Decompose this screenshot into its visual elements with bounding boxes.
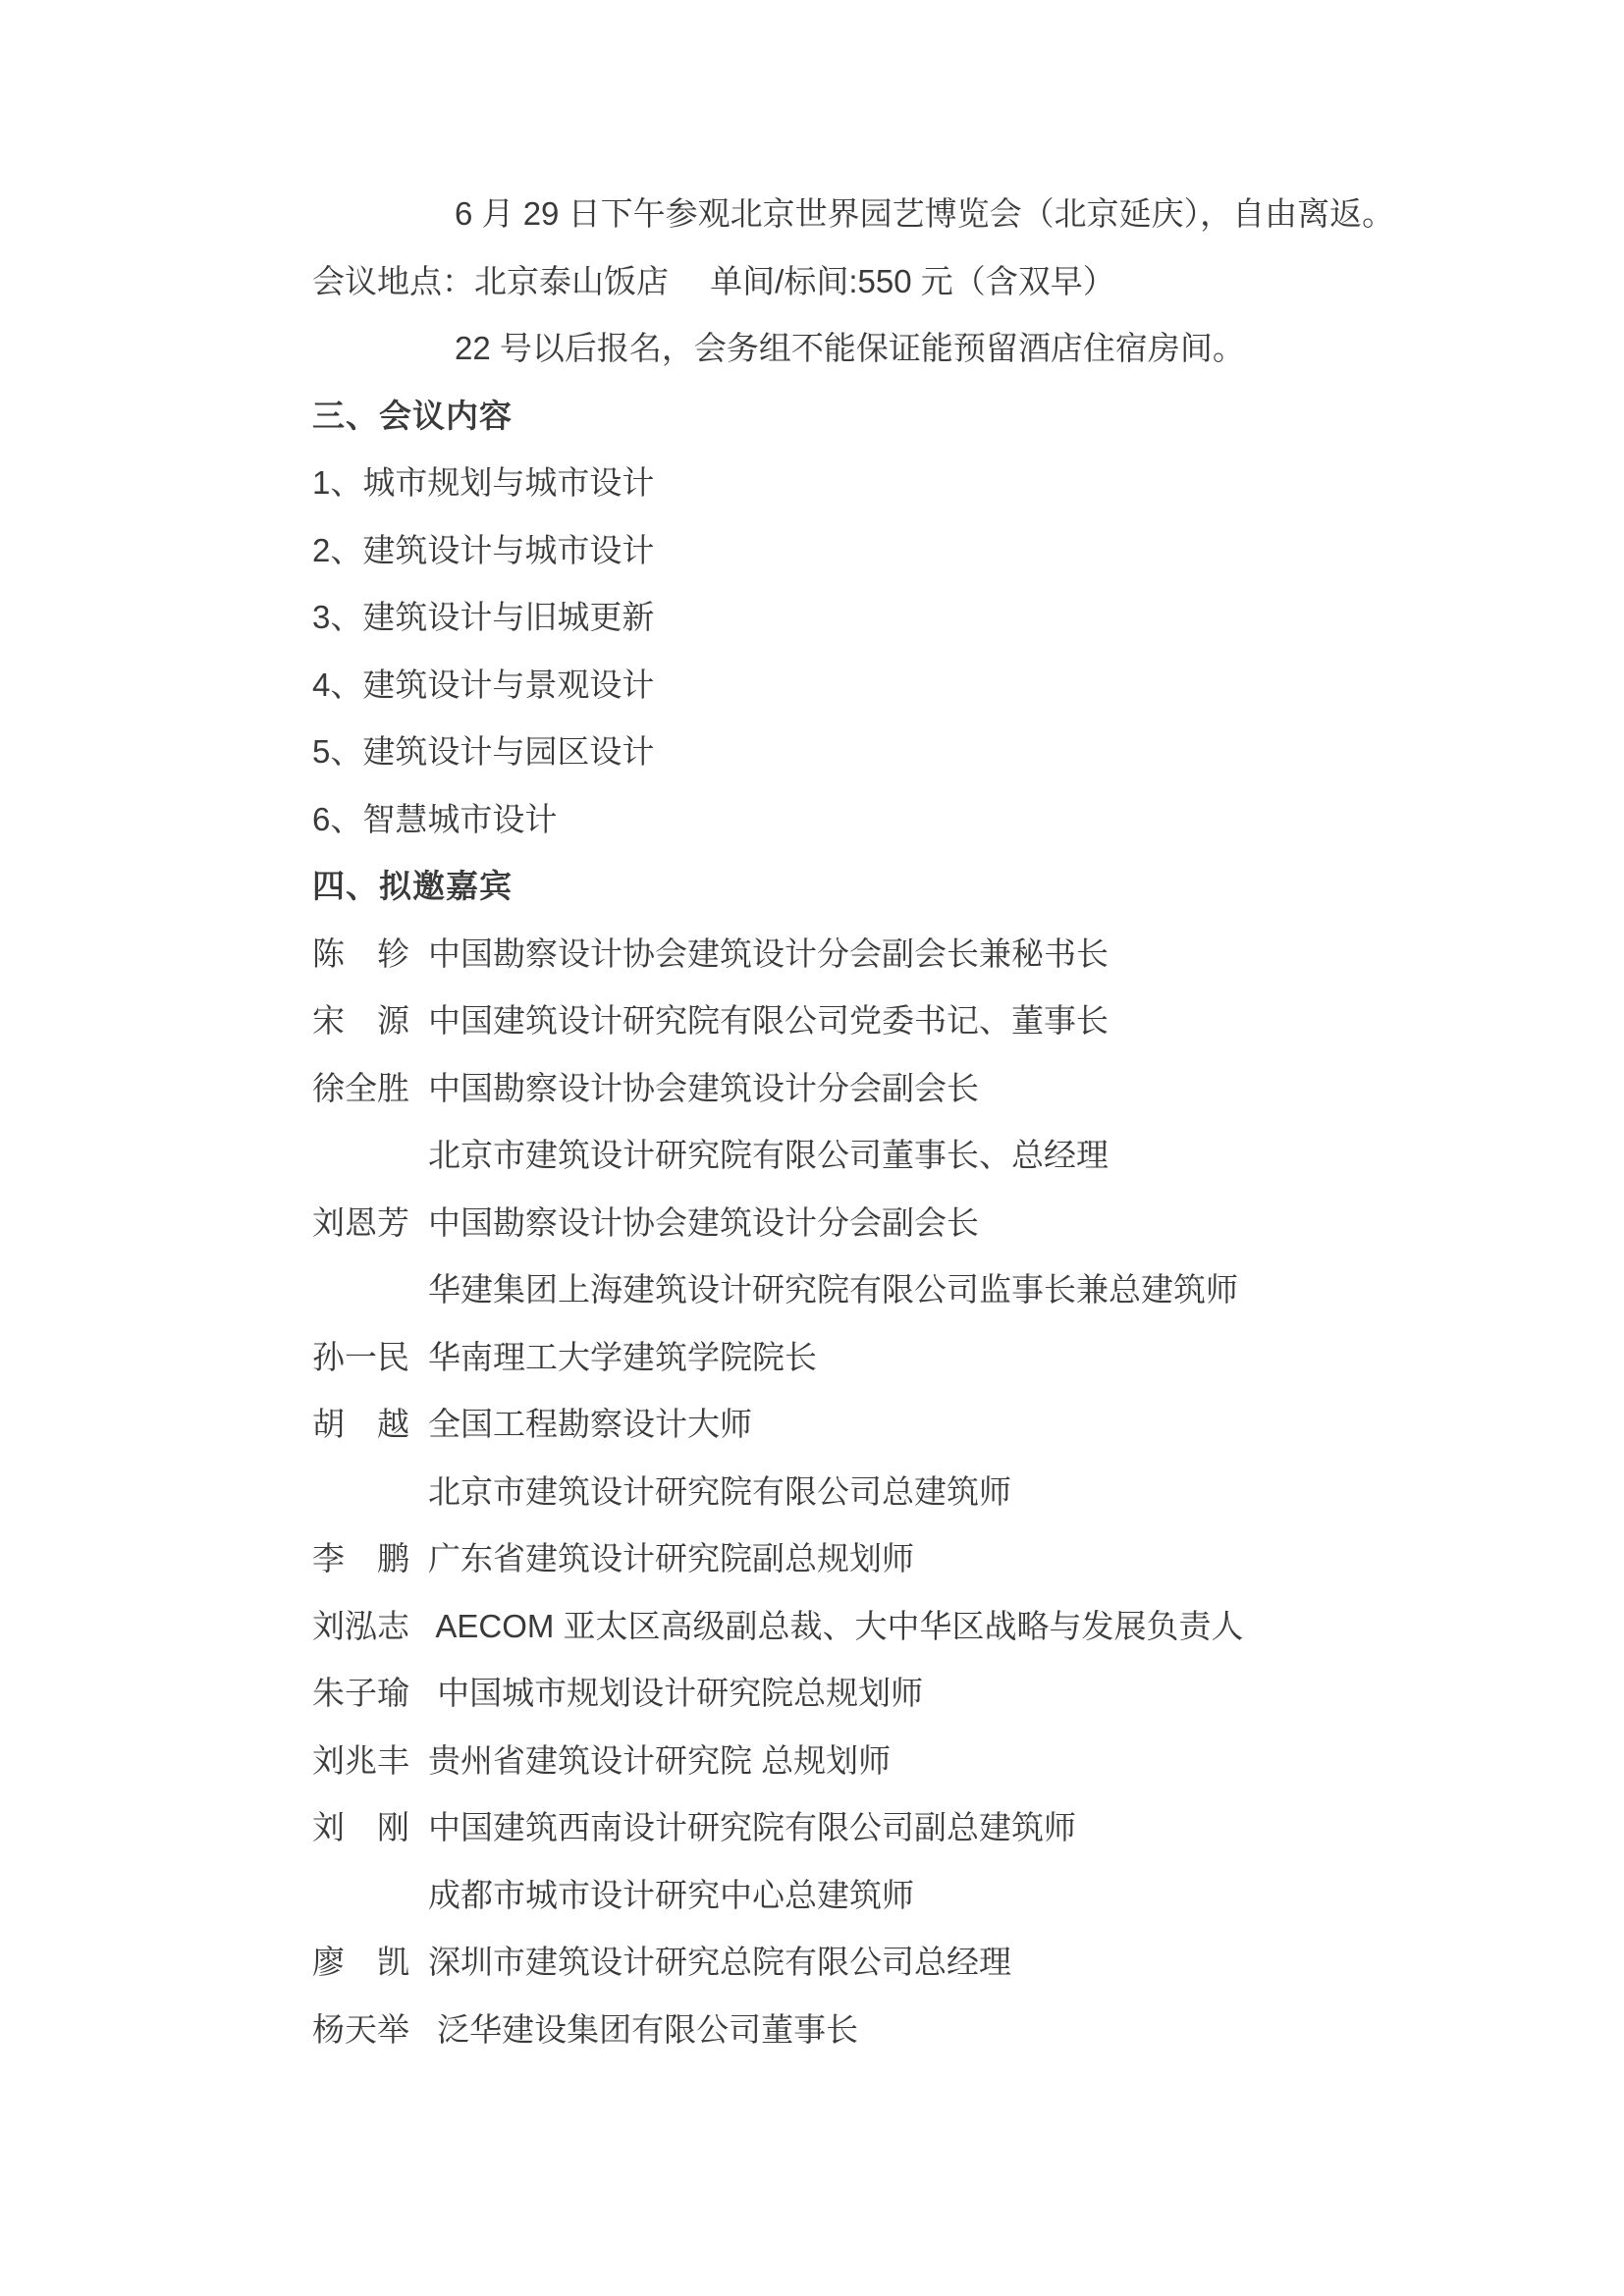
guest-title: 泛华建设集团有限公司董事长 <box>428 1997 858 2064</box>
document-body: 6 月 29 日下午参观北京世界园艺博览会（北京延庆），自由离返。 会议地点：北… <box>312 181 1422 2063</box>
section-heading-guests: 四、拟邀嘉宾 <box>312 853 1422 921</box>
guest-row: 胡 越全国工程勘察设计大师 <box>312 1391 1422 1459</box>
guest-name: 陈 轸 <box>312 921 410 988</box>
guest-title-continuation: 北京市建筑设计研究院有限公司董事长、总经理 <box>312 1122 1422 1190</box>
agenda-item: 5、建筑设计与园区设计 <box>312 719 1422 786</box>
guest-name: 孙一民 <box>312 1324 410 1392</box>
guest-title-continuation: 华建集团上海建筑设计研究院有限公司监事长兼总建筑师 <box>312 1256 1422 1324</box>
guest-title: 中国勘察设计协会建筑设计分会副会长 <box>428 1055 979 1123</box>
guest-title: 广东省建筑设计研究院副总规划师 <box>428 1525 914 1593</box>
guest-row: 陈 轸中国勘察设计协会建筑设计分会副会长兼秘书长 <box>312 921 1422 988</box>
guest-title: 中国建筑西南设计研究院有限公司副总建筑师 <box>428 1794 1076 1862</box>
guest-row: 杨天举 泛华建设集团有限公司董事长 <box>312 1997 1422 2064</box>
registration-note-line: 22 号以后报名，会务组不能保证能预留酒店住宿房间。 <box>312 315 1422 383</box>
guest-name: 刘恩芳 <box>312 1190 410 1257</box>
guest-title: 贵州省建筑设计研究院 总规划师 <box>428 1728 891 1795</box>
guest-row: 孙一民华南理工大学建筑学院院长 <box>312 1324 1422 1392</box>
guest-name: 朱子瑜 <box>312 1660 410 1728</box>
guest-name: 刘泓志 <box>312 1593 410 1661</box>
guest-row: 刘兆丰贵州省建筑设计研究院 总规划师 <box>312 1728 1422 1795</box>
guest-title: 中国建筑设计研究院有限公司党委书记、董事长 <box>428 988 1109 1055</box>
section-heading-agenda: 三、会议内容 <box>312 383 1422 451</box>
guest-name: 刘兆丰 <box>312 1728 410 1795</box>
agenda-item: 3、建筑设计与旧城更新 <box>312 584 1422 652</box>
guest-name: 刘 刚 <box>312 1794 410 1862</box>
agenda-item: 1、城市规划与城市设计 <box>312 450 1422 517</box>
guest-name: 胡 越 <box>312 1391 410 1459</box>
guest-name: 廖 凯 <box>312 1929 410 1997</box>
agenda-item: 6、智慧城市设计 <box>312 786 1422 854</box>
guest-title: 中国勘察设计协会建筑设计分会副会长 <box>428 1190 979 1257</box>
visit-note-line: 6 月 29 日下午参观北京世界园艺博览会（北京延庆），自由离返。 <box>312 181 1422 248</box>
guest-title-continuation: 成都市城市设计研究中心总建筑师 <box>312 1862 1422 1930</box>
guest-title: 中国勘察设计协会建筑设计分会副会长兼秘书长 <box>428 921 1109 988</box>
guest-title: AECOM 亚太区高级副总裁、大中华区战略与发展负责人 <box>428 1593 1244 1661</box>
document-page: 6 月 29 日下午参观北京世界园艺博览会（北京延庆），自由离返。 会议地点：北… <box>0 0 1624 2296</box>
guest-title: 深圳市建筑设计研究总院有限公司总经理 <box>428 1929 1011 1997</box>
guest-row: 刘 刚中国建筑西南设计研究院有限公司副总建筑师 <box>312 1794 1422 1862</box>
guest-row: 徐全胜中国勘察设计协会建筑设计分会副会长 <box>312 1055 1422 1123</box>
guest-row: 刘恩芳中国勘察设计协会建筑设计分会副会长 <box>312 1190 1422 1257</box>
guest-row: 宋 源中国建筑设计研究院有限公司党委书记、董事长 <box>312 988 1422 1055</box>
guest-row: 廖 凯深圳市建筑设计研究总院有限公司总经理 <box>312 1929 1422 1997</box>
guest-title: 中国城市规划设计研究院总规划师 <box>428 1660 923 1728</box>
guest-row: 刘泓志 AECOM 亚太区高级副总裁、大中华区战略与发展负责人 <box>312 1593 1422 1661</box>
guest-row: 朱子瑜 中国城市规划设计研究院总规划师 <box>312 1660 1422 1728</box>
guest-name: 杨天举 <box>312 1997 410 2064</box>
guest-name: 李 鹏 <box>312 1525 410 1593</box>
venue-line: 会议地点：北京泰山饭店 单间/标间:550 元（含双早） <box>312 248 1422 316</box>
guest-row: 李 鹏广东省建筑设计研究院副总规划师 <box>312 1525 1422 1593</box>
guest-name: 徐全胜 <box>312 1055 410 1123</box>
guest-title: 华南理工大学建筑学院院长 <box>428 1324 817 1392</box>
agenda-item: 2、建筑设计与城市设计 <box>312 517 1422 585</box>
agenda-item: 4、建筑设计与景观设计 <box>312 652 1422 720</box>
guest-name: 宋 源 <box>312 988 410 1055</box>
guest-title: 全国工程勘察设计大师 <box>428 1391 752 1459</box>
guest-title-continuation: 北京市建筑设计研究院有限公司总建筑师 <box>312 1459 1422 1526</box>
